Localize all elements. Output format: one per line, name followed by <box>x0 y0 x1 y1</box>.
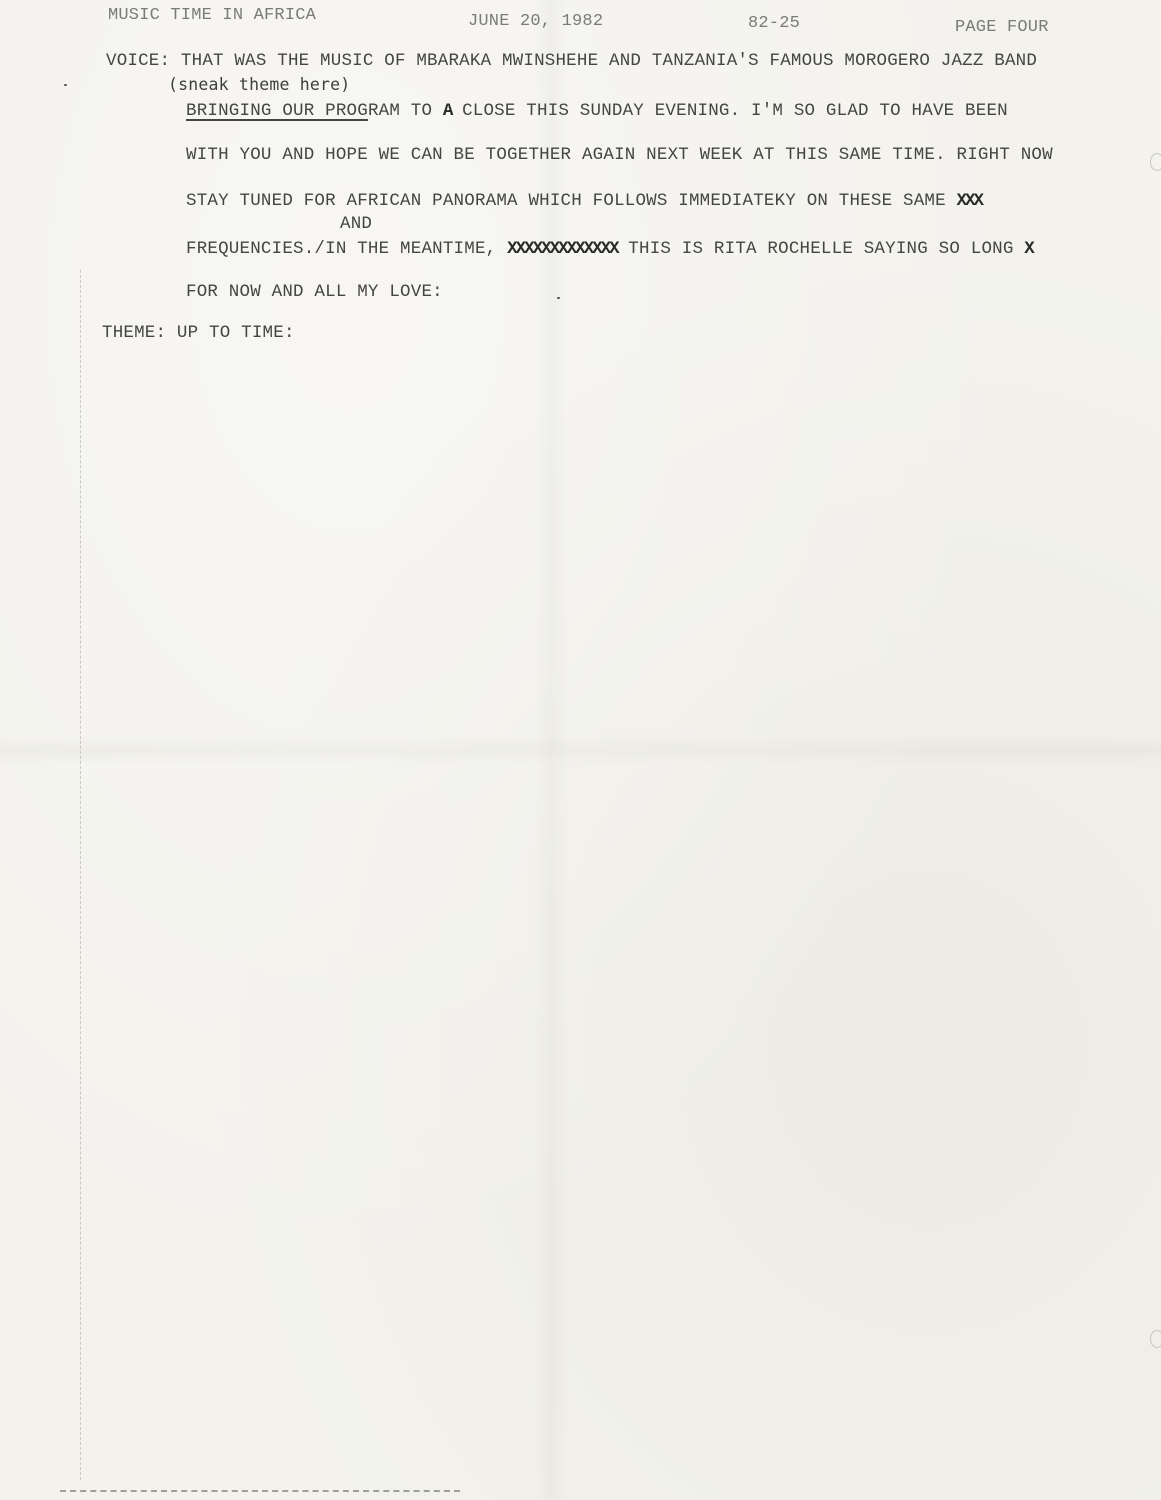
punch-hole-mark <box>1150 153 1161 171</box>
program-title: MUSIC TIME IN AFRICA <box>108 6 316 25</box>
ink-speck <box>64 84 67 86</box>
text-fragment: STAY TUNED FOR AFRICAN PANORAMA WHICH FO… <box>186 191 957 211</box>
script-date: JUNE 20, 1982 <box>468 12 603 31</box>
voice-line: VOICE: THAT WAS THE MUSIC OF MBARAKA MWI… <box>106 51 1037 71</box>
struck-out-text: XXXXXXXXXXXXX <box>507 239 618 259</box>
theme-direction: UP TO TIME: <box>177 323 295 343</box>
program-number: 82-25 <box>748 14 800 33</box>
punch-hole-mark <box>1150 1330 1161 1348</box>
handwritten-note: (sneak theme here) <box>168 75 350 94</box>
page-label: PAGE FOUR <box>955 18 1049 37</box>
struck-out-text: X <box>1024 239 1033 259</box>
voice-text-line-5: FREQUENCIES./IN THE MEANTIME, XXXXXXXXXX… <box>186 239 1033 259</box>
voice-cue: VOICE: <box>106 51 170 71</box>
text-fragment: FREQUENCIES./IN THE MEANTIME, <box>186 239 507 259</box>
margin-fold-line <box>80 270 81 1480</box>
struck-out-text: XXX <box>957 191 983 211</box>
voice-text-line-2: BRINGING OUR PROGRAM TO A CLOSE THIS SUN… <box>186 101 1008 121</box>
theme-line: THEME: UP TO TIME: <box>102 323 295 343</box>
inserted-word: AND <box>340 214 372 234</box>
text-fragment: CLOSE THIS SUNDAY EVENING. I'M SO GLAD T… <box>451 101 1008 121</box>
text-fragment: THIS IS RITA ROCHELLE SAYING SO LONG <box>618 239 1025 259</box>
voice-text-line-4: STAY TUNED FOR AFRICAN PANORAMA WHICH FO… <box>186 191 982 211</box>
ink-speck <box>557 297 560 299</box>
voice-text-line-1: THAT WAS THE MUSIC OF MBARAKA MWINSHEHE … <box>181 51 1037 71</box>
underlined-text: BRINGING OUR PROG <box>186 101 368 121</box>
theme-cue: THEME: <box>102 323 166 343</box>
bottom-dashed-rule <box>60 1490 460 1492</box>
voice-text-line-6: FOR NOW AND ALL MY LOVE: <box>186 282 443 302</box>
document-page <box>0 0 1161 1500</box>
text-fragment: RAM TO <box>368 101 443 121</box>
voice-text-line-3: WITH YOU AND HOPE WE CAN BE TOGETHER AGA… <box>186 145 1053 165</box>
